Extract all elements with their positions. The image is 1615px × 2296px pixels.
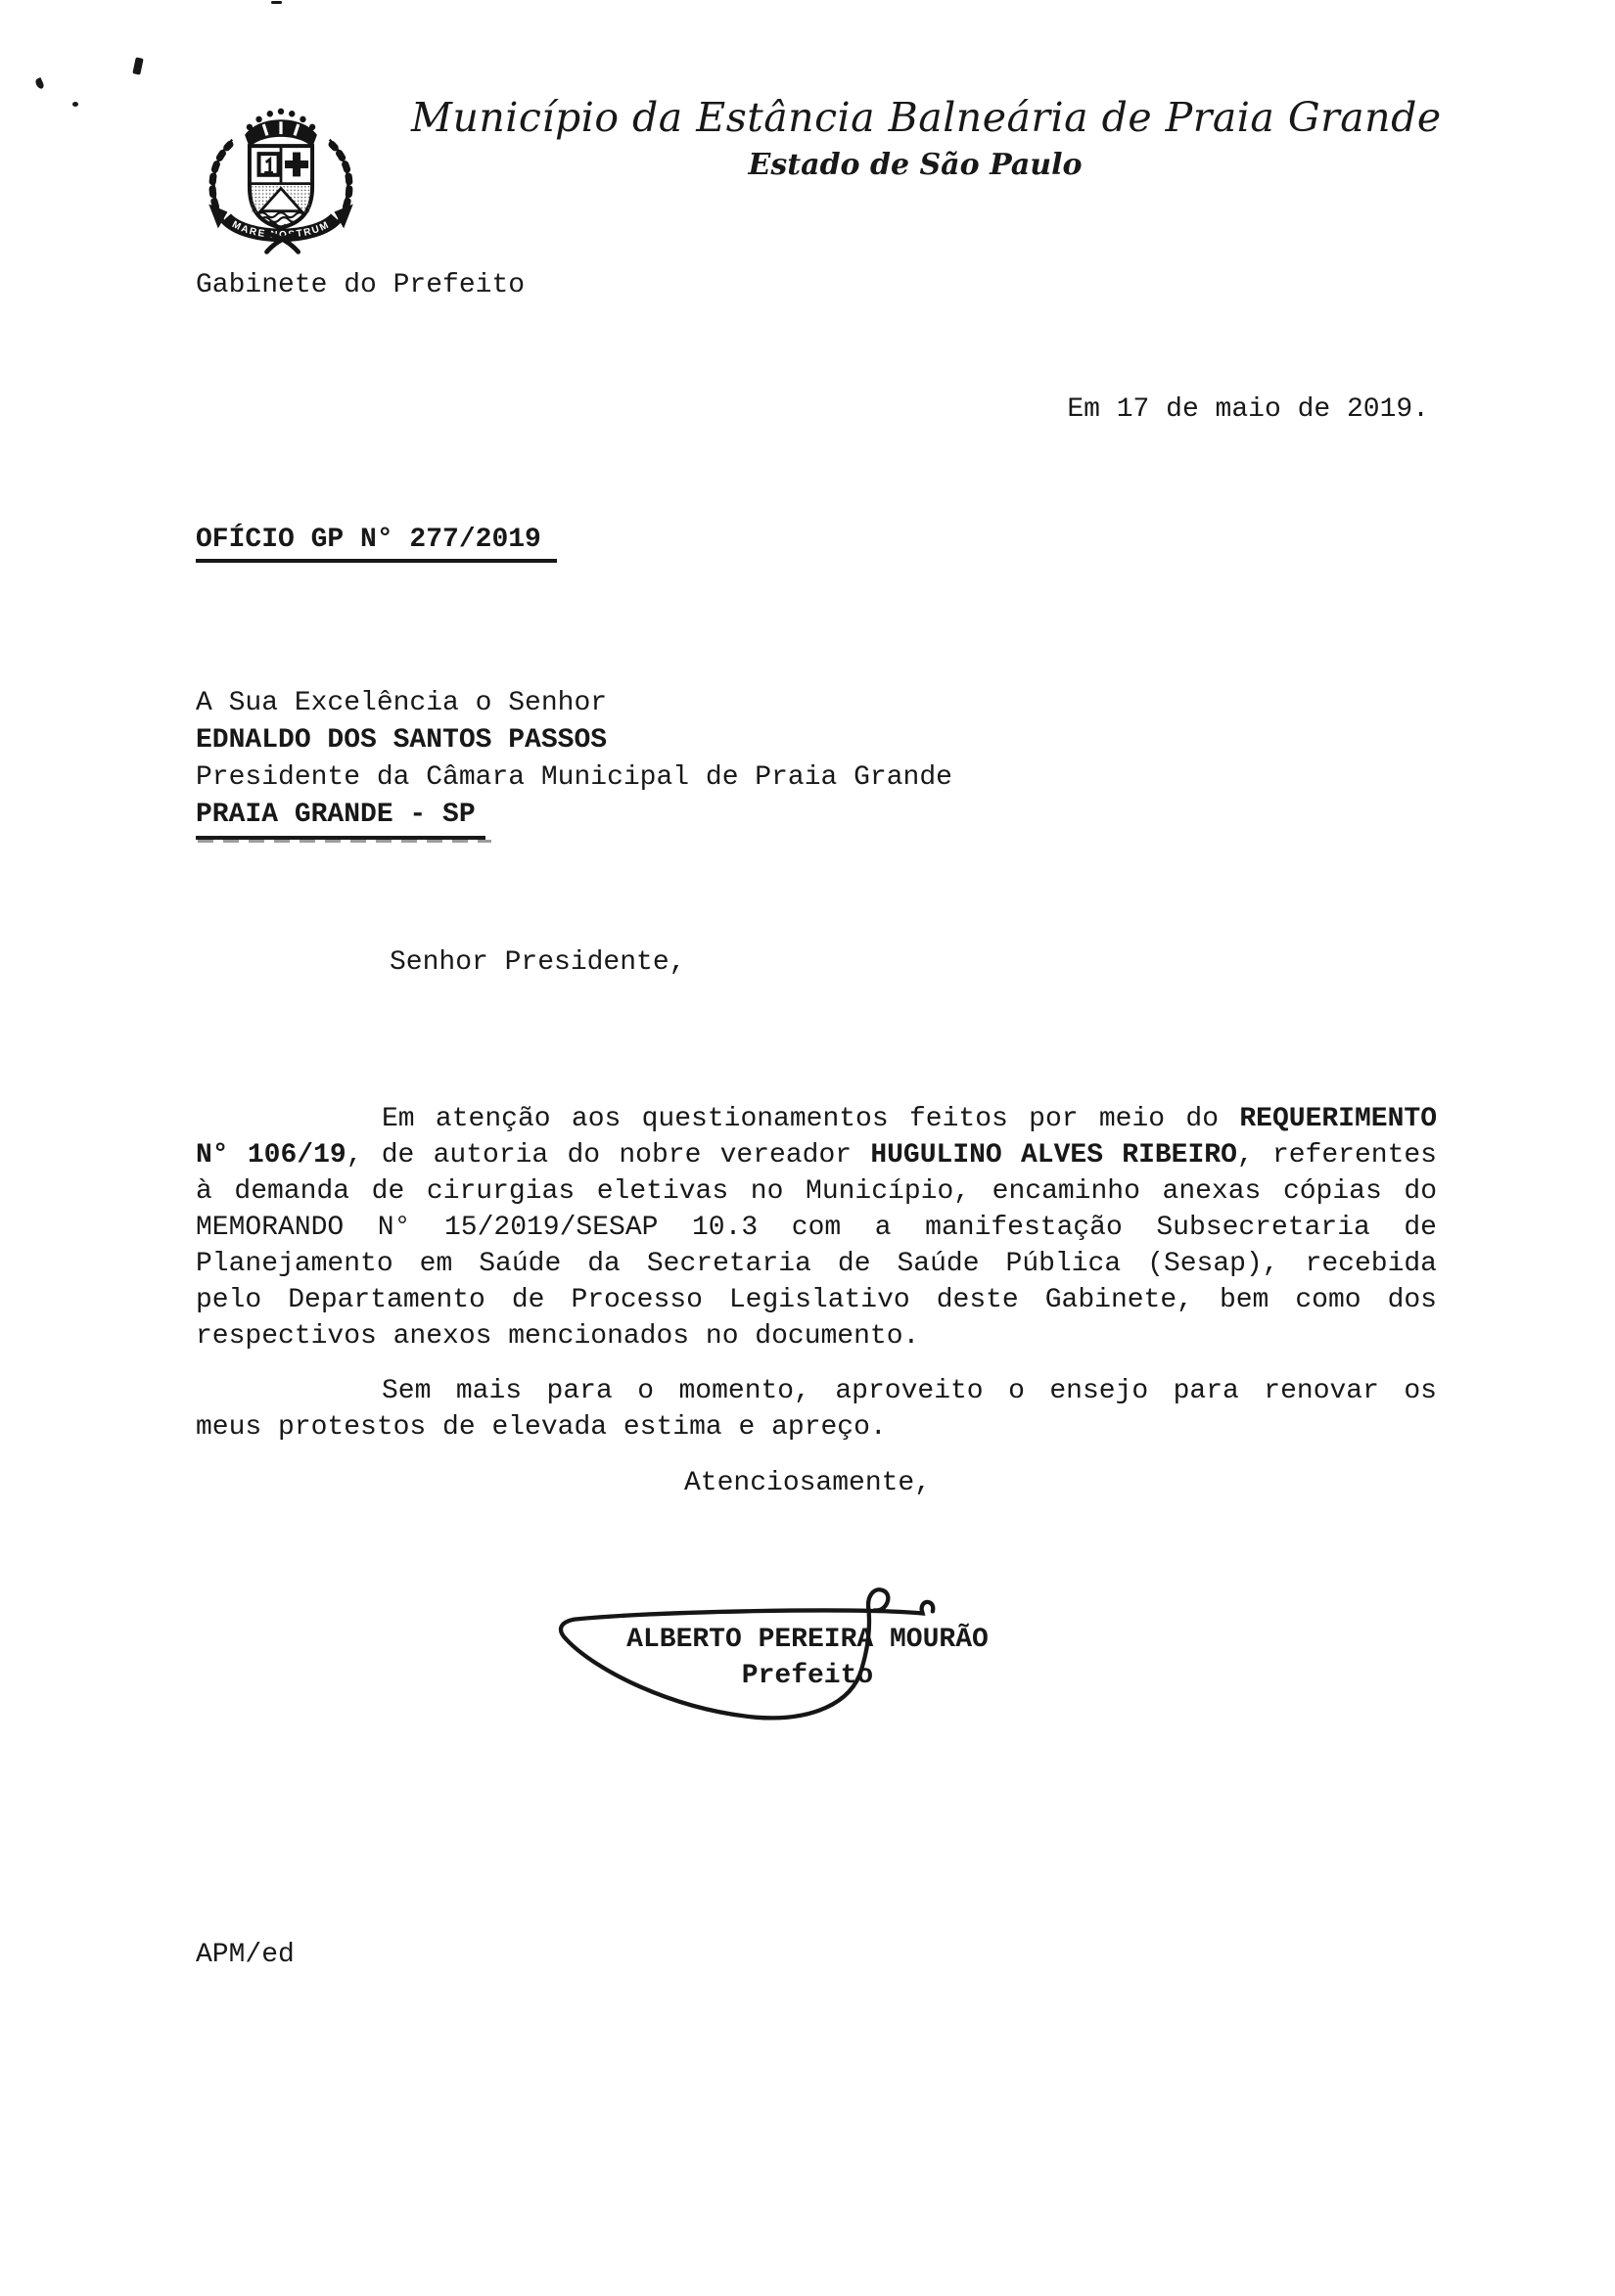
- body-line: Em atenção aos questionamentos feitos po…: [196, 1101, 1437, 1137]
- text-segment: , de autoria do nobre vereador: [346, 1140, 871, 1171]
- text-segment: Em atenção aos questionamentos feitos po…: [382, 1104, 1239, 1134]
- scan-speck: [132, 57, 143, 74]
- scan-speck: [34, 77, 45, 90]
- recipient-city: PRAIA GRANDE - SP: [196, 797, 485, 840]
- recipient-block: A Sua Excelência o Senhor EDNALDO DOS SA…: [196, 685, 952, 840]
- paragraph-gap: [196, 1355, 1437, 1373]
- greeting-line: Senhor Presidente,: [390, 947, 685, 978]
- text-segment: respectivos anexos mencionados no docume…: [196, 1321, 919, 1352]
- text-segment: pelo Departamento de Processo Legislativ…: [196, 1285, 1437, 1315]
- body-line: respectivos anexos mencionados no docume…: [196, 1318, 1437, 1355]
- body-line: N° 106/19, de autoria do nobre vereador …: [196, 1137, 1437, 1173]
- text-segment: Sem mais para o momento, aproveito o ens…: [382, 1376, 1437, 1406]
- body-line: à demanda de cirurgias eletivas no Munic…: [196, 1173, 1437, 1210]
- text-segment: Planejamento em Saúde da Secretaria de S…: [196, 1249, 1437, 1279]
- typist-initials: APM/ed: [196, 1940, 295, 1970]
- coat-of-arms-icon: MARE NOSTRUM: [198, 94, 364, 262]
- body-line: meus protestos de elevada estima e apreç…: [196, 1409, 1437, 1446]
- body-line: pelo Departamento de Processo Legislativ…: [196, 1282, 1437, 1318]
- scan-ghost-line: [198, 840, 491, 843]
- scanned-letter-page: MARE NOSTRUM Município da Estância Balne…: [0, 0, 1615, 2296]
- text-segment: à demanda de cirurgias eletivas no Munic…: [196, 1176, 1437, 1207]
- crest-shield: [250, 146, 312, 227]
- recipient-name: EDNALDO DOS SANTOS PASSOS: [196, 722, 952, 759]
- recipient-honorific: A Sua Excelência o Senhor: [196, 685, 952, 722]
- letter-body: Em atenção aos questionamentos feitos po…: [196, 1101, 1437, 1446]
- date-line: Em 17 de maio de 2019.: [979, 394, 1429, 425]
- text-segment: MEMORANDO N° 15/2019/SESAP 10.3 com a ma…: [196, 1213, 1437, 1243]
- text-segment: , referentes: [1237, 1140, 1437, 1171]
- text-segment-bold: N° 106/19: [196, 1140, 346, 1171]
- body-line: Planejamento em Saúde da Secretaria de S…: [196, 1246, 1437, 1282]
- recipient-role: Presidente da Câmara Municipal de Praia …: [196, 759, 952, 797]
- scan-speck: [271, 1, 282, 4]
- text-segment-bold: HUGULINO ALVES RIBEIRO: [870, 1140, 1237, 1171]
- text-segment-bold: REQUERIMENTO: [1239, 1104, 1437, 1134]
- letterhead: Município da Estância Balneária de Praia…: [411, 94, 1419, 182]
- closing-line: Atenciosamente,: [684, 1468, 931, 1498]
- body-line: Sem mais para o momento, aproveito o ens…: [196, 1373, 1437, 1409]
- office-label: Gabinete do Prefeito: [196, 270, 525, 300]
- state-subtitle: Estado de São Paulo: [411, 148, 1419, 182]
- signer-name: ALBERTO PEREIRA MOURÃO: [548, 1625, 1067, 1655]
- signature-block: ALBERTO PEREIRA MOURÃO Prefeito: [548, 1625, 1067, 1691]
- body-line: MEMORANDO N° 15/2019/SESAP 10.3 com a ma…: [196, 1210, 1437, 1246]
- reference-number: OFÍCIO GP N° 277/2019: [196, 525, 557, 563]
- crest-crown: [245, 109, 317, 148]
- reference-line: OFÍCIO GP N° 277/2019: [196, 525, 557, 563]
- signer-role: Prefeito: [548, 1661, 1067, 1691]
- municipality-title: Município da Estância Balneária de Praia…: [411, 94, 1419, 141]
- scan-speck: [72, 102, 78, 107]
- text-segment: meus protestos de elevada estima e apreç…: [196, 1412, 887, 1443]
